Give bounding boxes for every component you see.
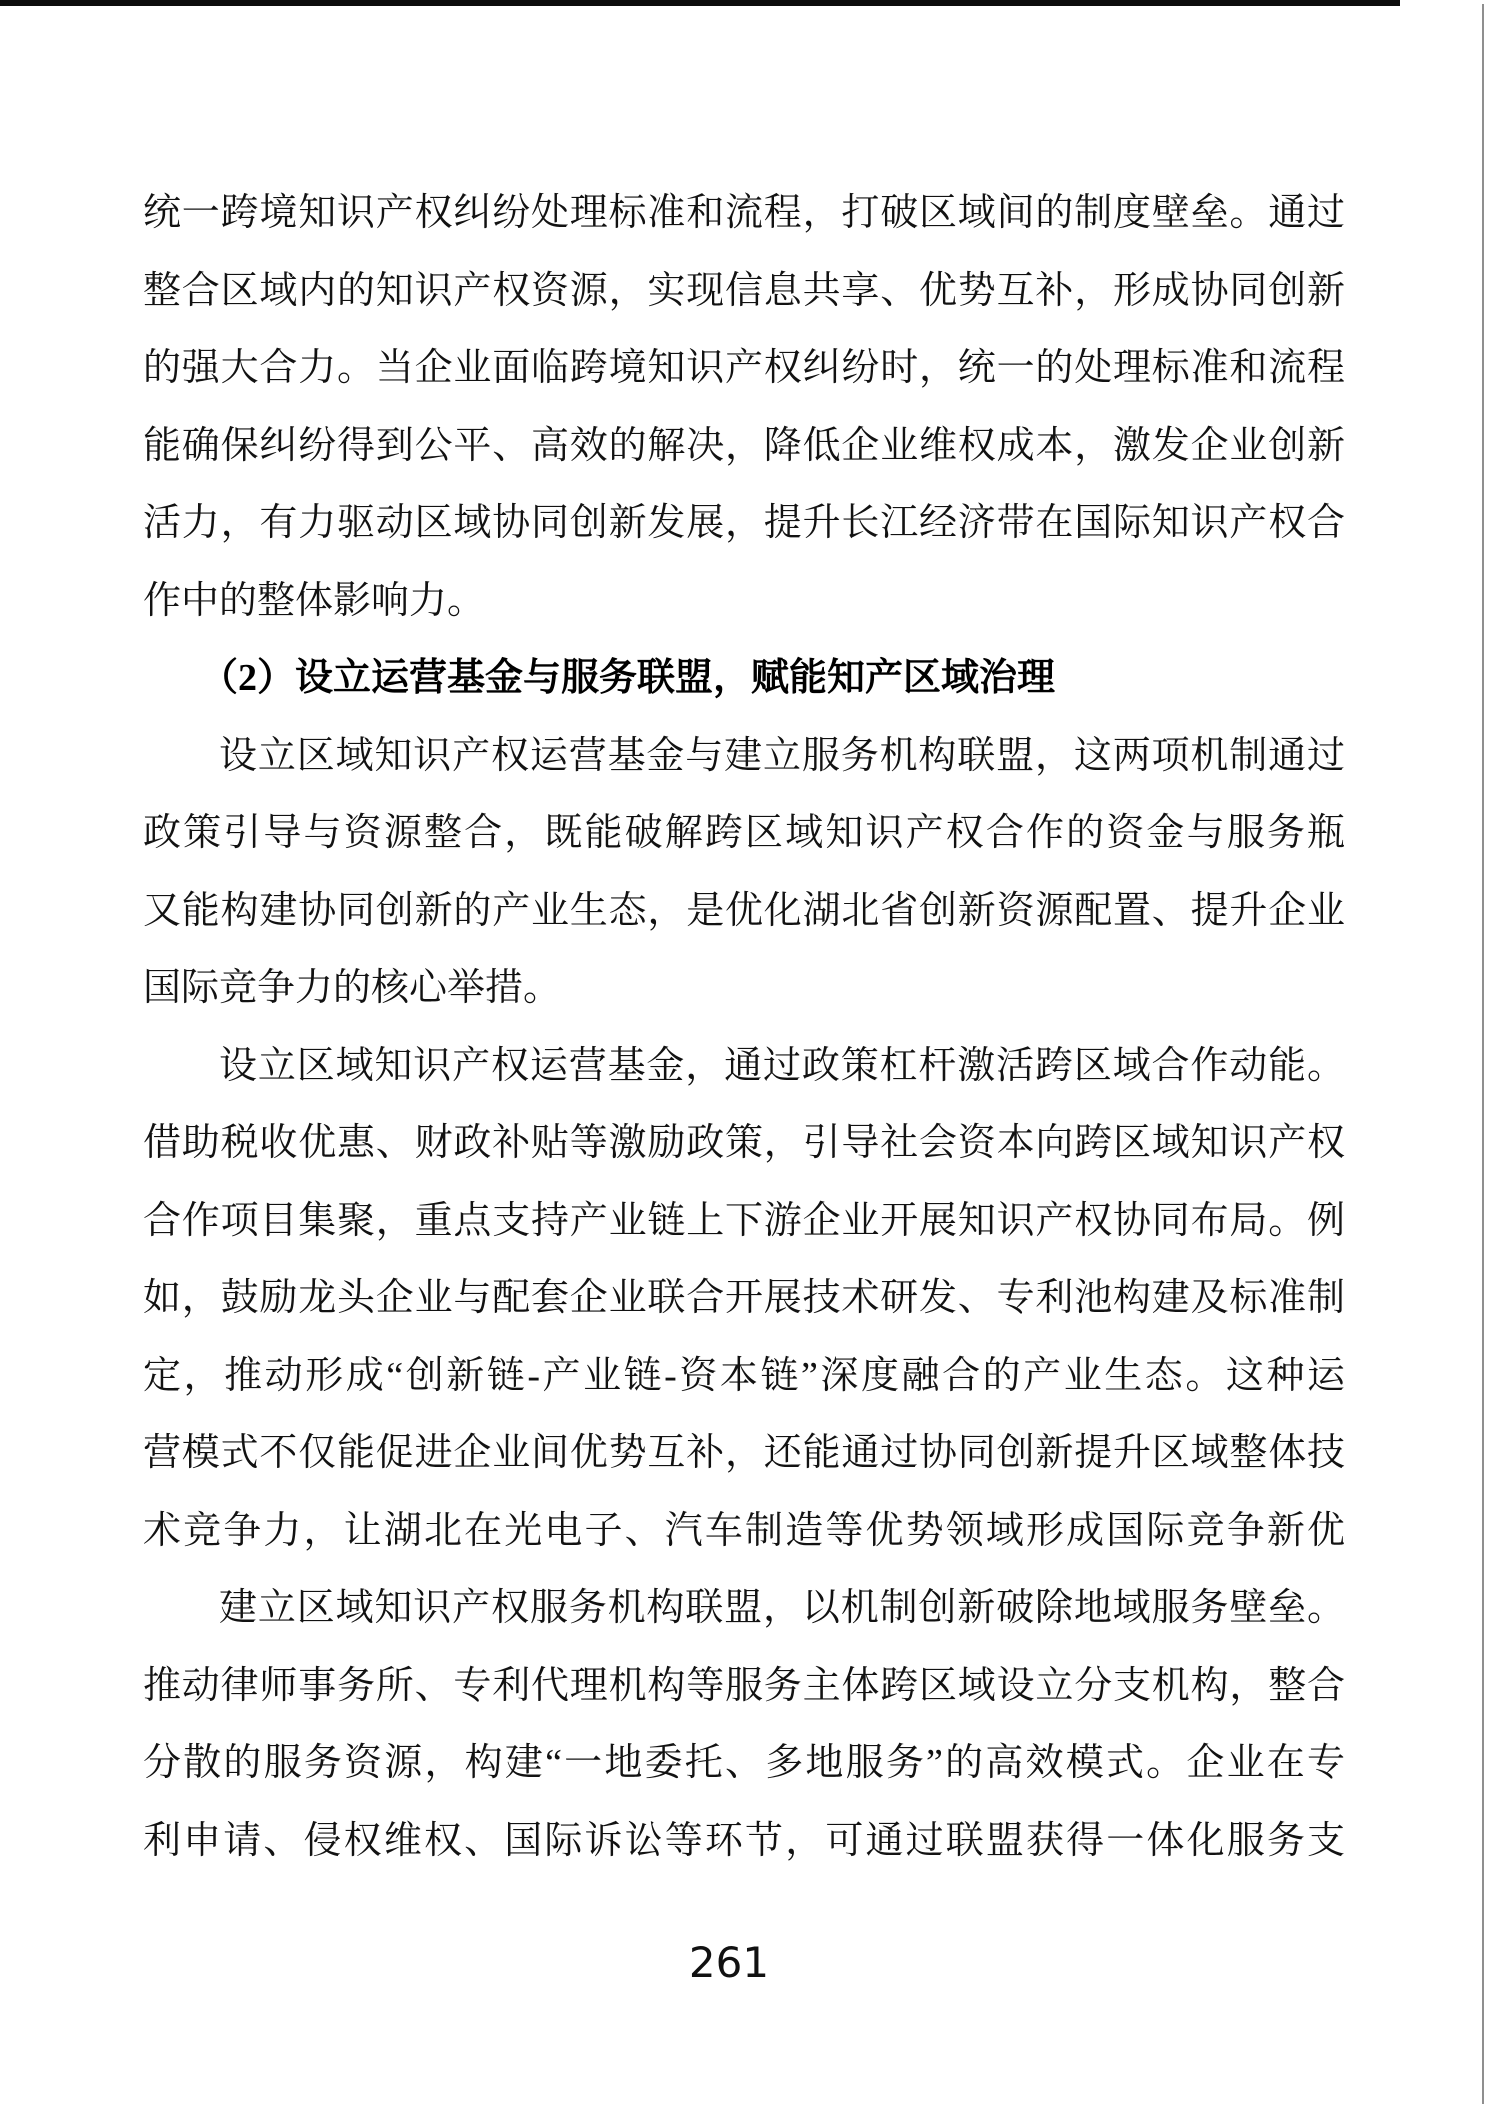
text-line: 术竞争力，让湖北在光电子、汽车制造等优势领域形成国际竞争新优势。 bbox=[143, 1493, 1345, 1571]
text-line: 国际竞争力的核心举措。 bbox=[143, 950, 1345, 1028]
text-line: 统一跨境知识产权纠纷处理标准和流程，打破区域间的制度壁垒。通过 bbox=[143, 175, 1345, 253]
document-page: 统一跨境知识产权纠纷处理标准和流程，打破区域间的制度壁垒。通过 整合区域内的知识… bbox=[0, 0, 1488, 2104]
text-line: 如，鼓励龙头企业与配套企业联合开展技术研发、专利池构建及标准制 bbox=[143, 1260, 1345, 1338]
text-line: 整合区域内的知识产权资源，实现信息共享、优势互补，形成协同创新 bbox=[143, 253, 1345, 331]
text-line: 能确保纠纷得到公平、高效的解决，降低企业维权成本，激发企业创新 bbox=[143, 408, 1345, 486]
text-line: 建立区域知识产权服务机构联盟，以机制创新破除地域服务壁垒。 bbox=[143, 1570, 1345, 1648]
text-line: 合作项目集聚，重点支持产业链上下游企业开展知识产权协同布局。例 bbox=[143, 1183, 1345, 1261]
text-line: 又能构建协同创新的产业生态，是优化湖北省创新资源配置、提升企业 bbox=[143, 873, 1345, 951]
text-line: 借助税收优惠、财政补贴等激励政策，引导社会资本向跨区域知识产权 bbox=[143, 1105, 1345, 1183]
text-line: 政策引导与资源整合，既能破解跨区域知识产权合作的资金与服务瓶颈， bbox=[143, 795, 1345, 873]
text-line: 作中的整体影响力。 bbox=[143, 563, 1345, 641]
section-heading: （2）设立运营基金与服务联盟，赋能知产区域治理 bbox=[143, 640, 1345, 718]
text-line: 设立区域知识产权运营基金与建立服务机构联盟，这两项机制通过 bbox=[143, 718, 1345, 796]
scan-edge-right bbox=[1482, 4, 1484, 2104]
text-line: 利申请、侵权维权、国际诉讼等环节，可通过联盟获得一体化服务支持， bbox=[143, 1803, 1345, 1881]
text-line: 活力，有力驱动区域协同创新发展，提升长江经济带在国际知识产权合 bbox=[143, 485, 1345, 563]
text-line: 定，推动形成“创新链-产业链-资本链”深度融合的产业生态。这种运 bbox=[143, 1338, 1345, 1416]
text-line: 设立区域知识产权运营基金，通过政策杠杆激活跨区域合作动能。 bbox=[143, 1028, 1345, 1106]
text-line: 营模式不仅能促进企业间优势互补，还能通过协同创新提升区域整体技 bbox=[143, 1415, 1345, 1493]
text-line: 分散的服务资源，构建“一地委托、多地服务”的高效模式。企业在专 bbox=[143, 1725, 1345, 1803]
page-body-text: 统一跨境知识产权纠纷处理标准和流程，打破区域间的制度壁垒。通过 整合区域内的知识… bbox=[143, 175, 1345, 1880]
text-line: 推动律师事务所、专利代理机构等服务主体跨区域设立分支机构，整合 bbox=[143, 1648, 1345, 1726]
page-number: 261 bbox=[0, 1938, 1458, 1987]
scan-edge-top bbox=[0, 0, 1400, 6]
text-line: 的强大合力。当企业面临跨境知识产权纠纷时，统一的处理标准和流程 bbox=[143, 330, 1345, 408]
